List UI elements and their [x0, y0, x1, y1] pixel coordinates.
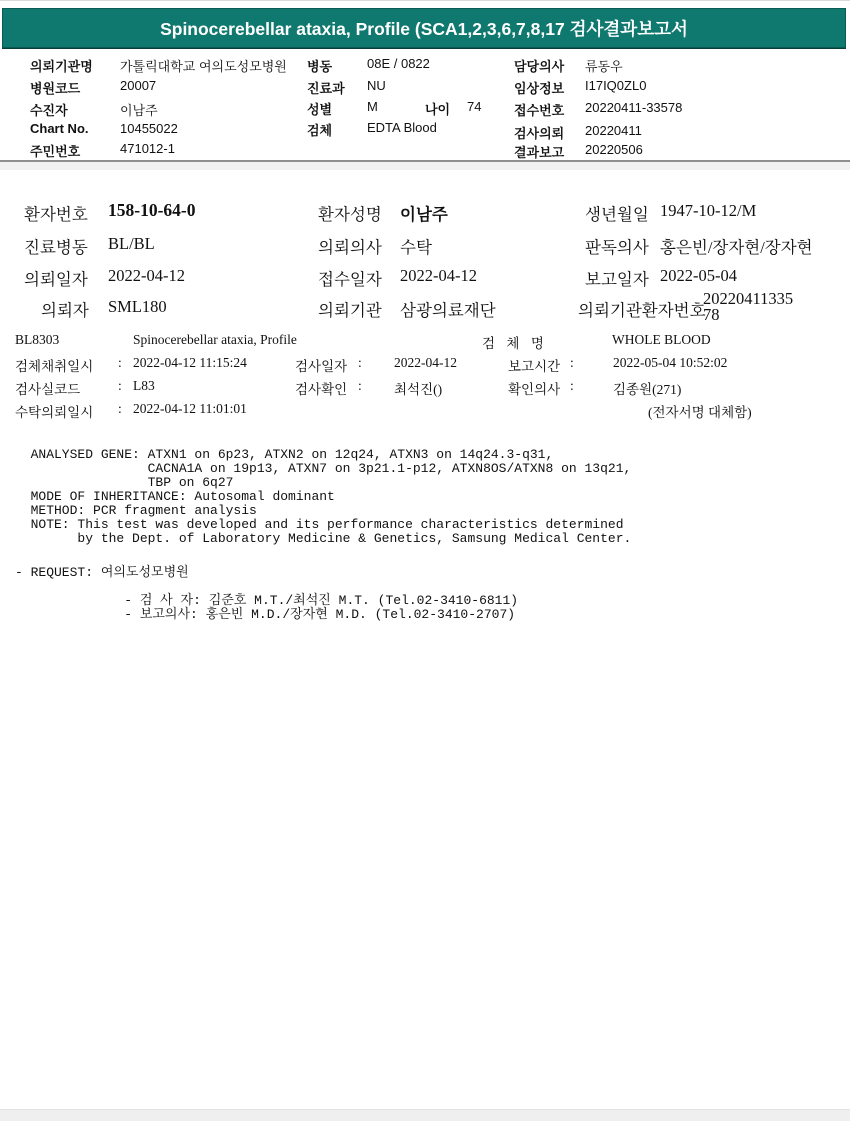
label-test-verified-by: 검사확인 [295, 378, 347, 398]
label-birth-date: 생년월일 [585, 201, 649, 225]
request-section: - REQUEST: 여의도성모병원 - 검 사 자: 김준호 M.T./최석진… [15, 566, 518, 622]
label-receipt-date: 접수일자 [318, 266, 382, 290]
field-label-examinee: 수진자 [30, 100, 68, 119]
field-value-requesting-org: 가톨릭대학교 여의도성모병원 [120, 56, 287, 75]
field-value-test-request-date: 20220411 [585, 123, 642, 138]
field-label-resident-id: 주민번호 [30, 141, 80, 160]
colon: : [118, 378, 122, 394]
value-institution-patient-no: 2022041133578 [703, 291, 799, 323]
report-title: Spinocerebellar ataxia, Profile (SCA1,2,… [160, 16, 688, 41]
report-title-bar: Spinocerebellar ataxia, Profile (SCA1,2,… [2, 8, 846, 48]
report-page: Spinocerebellar ataxia, Profile (SCA1,2,… [0, 0, 850, 1121]
label-specimen-name: 검 체 명 [482, 332, 548, 352]
field-label-chart-no: Chart No. [30, 121, 89, 136]
field-label-sex: 성별 [307, 99, 332, 118]
field-value-hospital-code: 20007 [120, 78, 156, 93]
label-referral-request-datetime: 수탁의뢰일시 [15, 401, 93, 421]
field-label-clinical-info: 임상정보 [514, 78, 564, 97]
field-label-result-report-date: 결과보고 [514, 142, 564, 161]
label-patient-name: 환자성명 [318, 201, 382, 225]
value-specimen-name: WHOLE BLOOD [612, 332, 711, 348]
value-referral-request-datetime: 2022-04-12 11:01:01 [133, 401, 247, 417]
colon: : [358, 378, 362, 394]
field-label-specimen-type: 검체 [307, 120, 332, 139]
label-institution-patient-no: 의뢰기관환자번호 [578, 297, 706, 321]
label-requester: 의뢰자 [41, 297, 89, 321]
field-label-requesting-org: 의뢰기관명 [30, 56, 93, 75]
label-requesting-institution: 의뢰기관 [318, 297, 382, 321]
value-test-date: 2022-04-12 [394, 355, 457, 371]
colon: : [358, 355, 362, 371]
label-reading-doctor: 판독의사 [585, 234, 649, 258]
field-value-clinical-info: I17IQ0ZL0 [585, 78, 646, 93]
field-value-resident-id: 471012-1 [120, 141, 175, 156]
label-care-ward: 진료병동 [24, 234, 88, 258]
label-lab-code: 검사실코드 [15, 378, 80, 398]
field-label-hospital-code: 병원코드 [30, 78, 80, 97]
analysis-notes: ANALYSED GENE: ATXN1 on 6p23, ATXN2 on 1… [15, 448, 631, 546]
colon: : [570, 355, 574, 371]
value-lab-code: L83 [133, 378, 155, 394]
colon: : [118, 355, 122, 371]
value-collection-datetime: 2022-04-12 11:15:24 [133, 355, 247, 371]
value-patient-name: 이남주 [400, 201, 448, 225]
value-care-ward: BL/BL [108, 234, 155, 254]
label-confirming-doctor: 확인의사 [508, 378, 560, 398]
electronic-signature-note: (전자서명 대체함) [648, 401, 752, 421]
field-label-department: 진료과 [307, 78, 345, 97]
value-request-date: 2022-04-12 [108, 266, 185, 286]
label-referring-doctor: 의뢰의사 [318, 234, 382, 258]
value-reading-doctor: 홍은빈/장자현/장자현 [660, 234, 813, 258]
test-code: BL8303 [15, 332, 59, 348]
value-confirming-doctor: 김종원(271) [613, 378, 681, 398]
value-report-date: 2022-05-04 [660, 266, 737, 286]
label-report-date: 보고일자 [585, 266, 649, 290]
field-value-specimen-type: EDTA Blood [367, 120, 437, 135]
field-label-attending-doctor: 담당의사 [514, 56, 564, 75]
value-requester: SML180 [108, 297, 167, 317]
field-value-chart-no: 10455022 [120, 121, 178, 136]
field-value-department: NU [367, 78, 386, 93]
test-name: Spinocerebellar ataxia, Profile [133, 332, 297, 348]
field-value-attending-doctor: 류동우 [585, 56, 623, 75]
field-value-sex: M [367, 99, 378, 114]
section-divider [0, 160, 850, 170]
field-value-examinee: 이남주 [120, 100, 158, 119]
field-value-accession-no: 20220411-33578 [585, 100, 682, 115]
field-label-accession-no: 접수번호 [514, 100, 564, 119]
colon: : [570, 378, 574, 394]
value-requesting-institution: 삼광의료재단 [400, 297, 496, 321]
field-label-test-request-date: 검사의뢰 [514, 123, 564, 142]
label-test-date: 검사일자 [295, 355, 347, 375]
value-test-verified-by: 최석진() [394, 378, 442, 398]
field-label-age: 나이 [425, 99, 450, 118]
field-value-ward: 08E / 0822 [367, 56, 430, 71]
colon: : [118, 401, 122, 417]
value-birth-date: 1947-10-12/M [660, 201, 756, 221]
label-report-time: 보고시간 [508, 355, 560, 375]
label-request-date: 의뢰일자 [24, 266, 88, 290]
label-collection-datetime: 검체채취일시 [15, 355, 93, 375]
field-value-result-report-date: 20220506 [585, 142, 643, 157]
value-receipt-date: 2022-04-12 [400, 266, 477, 286]
value-referring-doctor: 수탁 [400, 234, 432, 258]
value-report-time: 2022-05-04 10:52:02 [613, 355, 727, 371]
field-label-ward: 병동 [307, 56, 332, 75]
field-value-age: 74 [467, 99, 481, 114]
footer-strip [0, 1109, 850, 1121]
label-patient-no: 환자번호 [24, 201, 88, 225]
value-patient-no: 158-10-64-0 [108, 200, 195, 221]
